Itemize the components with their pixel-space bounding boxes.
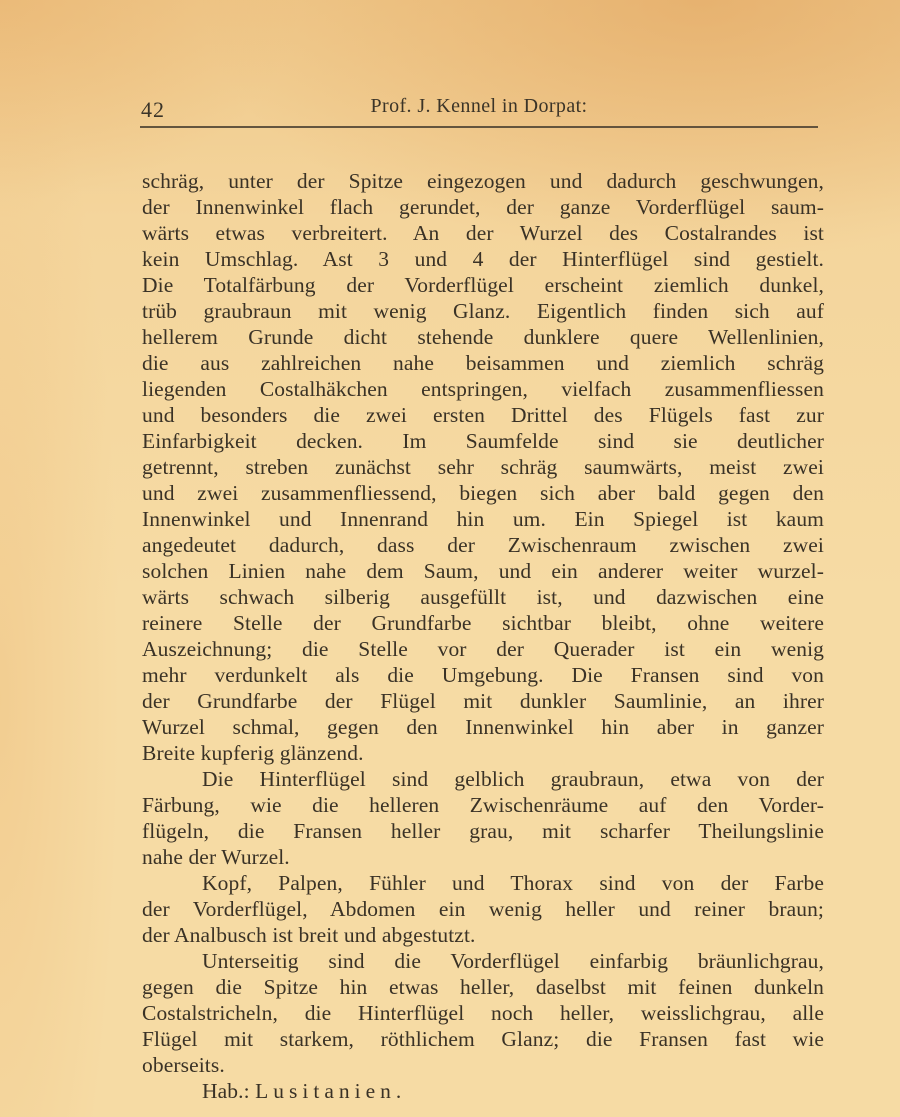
text-line: Die Totalfärbung der Vorderflügel ersche… [142, 272, 824, 298]
text-line: angedeutet dadurch, dass der Zwischenrau… [142, 532, 824, 558]
text-line: flügeln, die Fransen heller grau, mit sc… [142, 818, 824, 844]
header-rule [140, 126, 818, 128]
habitat-value: Lusitanien. [255, 1079, 406, 1103]
text-line: kein Umschlag. Ast 3 und 4 der Hinterflü… [142, 246, 824, 272]
text-line: Wurzel schmal, gegen den Innenwinkel hin… [142, 714, 824, 740]
text-line: der Vorderflügel, Abdomen ein wenig hell… [142, 896, 824, 922]
text-line: Breite kupferig glänzend. [142, 740, 824, 766]
book-page: 42 Prof. J. Kennel in Dorpat: schräg, un… [0, 0, 900, 1117]
text-line: Innenwinkel und Innenrand hin um. Ein Sp… [142, 506, 824, 532]
paragraph-start-line: Die Hinterflügel sind gelblich graubraun… [142, 766, 824, 792]
text-line: trüb graubraun mit wenig Glanz. Eigentli… [142, 298, 824, 324]
habitat-label: Hab.: [202, 1079, 250, 1103]
text-line: oberseits. [142, 1052, 824, 1078]
text-line: der Analbusch ist breit und abgestutzt. [142, 922, 824, 948]
text-line: der Grundfarbe der Flügel mit dunkler Sa… [142, 688, 824, 714]
text-line: und zwei zusammenfliessend, biegen sich … [142, 480, 824, 506]
text-line: mehr verdunkelt als die Umgebung. Die Fr… [142, 662, 824, 688]
running-head: 42 Prof. J. Kennel in Dorpat: [140, 93, 818, 123]
text-line: gegen die Spitze hin etwas heller, dasel… [142, 974, 824, 1000]
text-line: reinere Stelle der Grundfarbe sichtbar b… [142, 610, 824, 636]
text-line: der Innenwinkel flach gerundet, der ganz… [142, 194, 824, 220]
paragraph-start-line: Unterseitig sind die Vorderflügel einfar… [142, 948, 824, 974]
text-line: hellerem Grunde dicht stehende dunklere … [142, 324, 824, 350]
text-line: liegenden Costalhäkchen entspringen, vie… [142, 376, 824, 402]
text-line: die aus zahlreichen nahe beisammen und z… [142, 350, 824, 376]
text-line: und besonders die zwei ersten Drittel de… [142, 402, 824, 428]
body-text: schräg, unter der Spitze eingezogen und … [142, 168, 824, 1104]
text-line: solchen Linien nahe dem Saum, und ein an… [142, 558, 824, 584]
text-line: nahe der Wurzel. [142, 844, 824, 870]
text-line: Flügel mit starkem, röthlichem Glanz; di… [142, 1026, 824, 1052]
text-line: schräg, unter der Spitze eingezogen und … [142, 168, 824, 194]
text-line: Costalstricheln, die Hinterflügel noch h… [142, 1000, 824, 1026]
text-line: Färbung, wie die helleren Zwischenräume … [142, 792, 824, 818]
habitat-line: Hab.: Lusitanien. [142, 1078, 824, 1104]
text-line: Auszeichnung; die Stelle vor der Querade… [142, 636, 824, 662]
paragraph-start-line: Kopf, Palpen, Fühler und Thorax sind von… [142, 870, 824, 896]
text-line: getrennt, streben zunächst sehr schräg s… [142, 454, 824, 480]
running-title: Prof. J. Kennel in Dorpat: [140, 95, 818, 118]
text-line: Einfarbigkeit decken. Im Saumfelde sind … [142, 428, 824, 454]
text-line: wärts etwas verbreitert. An der Wurzel d… [142, 220, 824, 246]
text-line: wärts schwach silberig ausgefüllt ist, u… [142, 584, 824, 610]
